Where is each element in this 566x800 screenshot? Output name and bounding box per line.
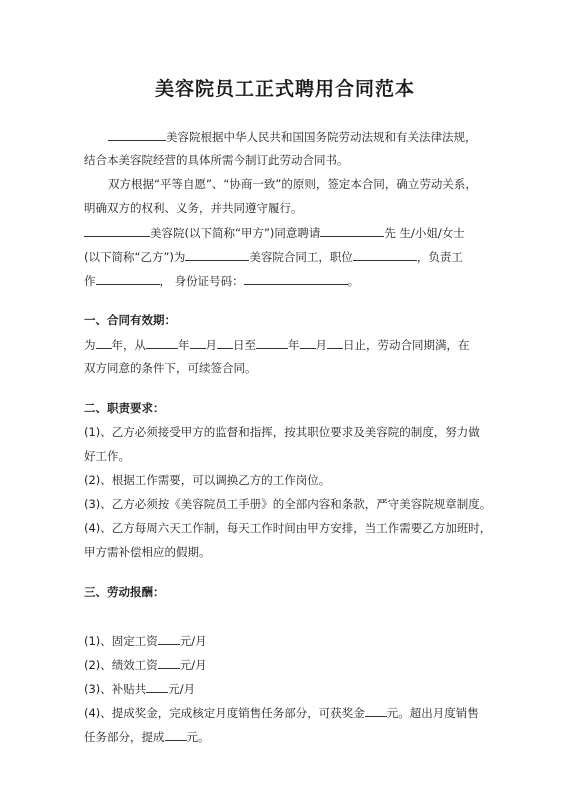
section-2-item-2: (2)、根据工作需要，可以调换乙方的工作岗位。 xyxy=(84,472,486,488)
start-month-blank[interactable] xyxy=(190,336,206,349)
end-day-blank[interactable] xyxy=(327,336,343,349)
section-3-item-3: (3)、补贴共元/月 xyxy=(84,680,486,697)
responsibility-blank[interactable] xyxy=(96,272,160,285)
salon-blank[interactable] xyxy=(185,248,249,261)
section-3-item-4-line-2: 任务部分，提成元。 xyxy=(84,728,486,745)
section-2-item-4-line-2: 甲方需补偿相应的假期。 xyxy=(84,544,486,560)
end-year-blank[interactable] xyxy=(256,336,288,349)
position-blank[interactable] xyxy=(353,248,417,261)
start-day-blank[interactable] xyxy=(217,336,233,349)
document-title: 美容院员工正式聘用合同范本 xyxy=(84,74,486,101)
intro-paragraph-3-line-2: (以下简称“乙方”)为美容院合同工，职位，负责工 xyxy=(84,248,486,265)
bonus-blank[interactable] xyxy=(365,704,387,717)
section-2-item-1-line-2: 好工作。 xyxy=(84,448,486,464)
fixed-salary-blank[interactable] xyxy=(158,632,180,645)
allowance-blank[interactable] xyxy=(146,680,168,693)
section-2-item-1-line-1: (1)、乙方必须接受甲方的监督和指挥，按其职位要求及美容院的制度，努力做 xyxy=(84,424,486,440)
intro-paragraph-3-line-1: 美容院(以下简称“甲方”)同意聘请先 生/小姐/女士 xyxy=(84,224,486,241)
section-2-item-3: (3)、乙方必须按《美容院员工手册》的全部内容和条款，严守美容院规章制度。 xyxy=(84,496,486,512)
section-2-item-4-line-1: (4)、乙方每周六天工作制，每天工作时间由甲方安排，当工作需要乙方加班时， xyxy=(84,520,486,536)
party-a-name-blank[interactable] xyxy=(84,224,150,237)
section-3-heading: 三、劳动报酬： xyxy=(84,584,486,600)
section-1-line-2: 双方同意的条件下，可续签合同。 xyxy=(84,360,486,376)
section-3-item-1: (1)、固定工资元/月 xyxy=(84,632,486,649)
intro-paragraph-1-line-1: 美容院根据中华人民共和国国务院劳动法规和有关法律法规， xyxy=(84,128,510,145)
section-3-item-4-line-1: (4)、提成奖金，完成核定月度销售任务部分，可获奖金元。超出月度销售 xyxy=(84,704,486,721)
section-2-heading: 二、职责要求： xyxy=(84,400,486,416)
performance-salary-blank[interactable] xyxy=(158,656,180,669)
id-number-blank[interactable] xyxy=(244,272,348,285)
salon-name-blank[interactable] xyxy=(108,128,166,141)
section-1-line-1: 为年，从年月日至年月日止，劳动合同期满，在 xyxy=(84,336,486,353)
section-3-item-2: (2)、绩效工资元/月 xyxy=(84,656,486,673)
intro-paragraph-2-line-2: 明确双方的权利、义务，并共同遵守履行。 xyxy=(84,200,486,216)
end-month-blank[interactable] xyxy=(300,336,316,349)
years-blank[interactable] xyxy=(96,336,112,349)
start-year-blank[interactable] xyxy=(146,336,178,349)
intro-paragraph-2-line-1: 双方根据“平等自愿”、“协商一致”的原则，签定本合同，确立劳动关系， xyxy=(84,176,510,192)
party-b-name-blank[interactable] xyxy=(320,224,384,237)
section-1-heading: 一、合同有效期： xyxy=(84,312,486,328)
intro-paragraph-1-line-2: 结合本美容院经营的具体所需今制订此劳动合同书。 xyxy=(84,152,486,168)
intro-paragraph-3-line-3: 作， 身份证号码：。 xyxy=(84,272,486,289)
commission-blank[interactable] xyxy=(165,728,187,741)
